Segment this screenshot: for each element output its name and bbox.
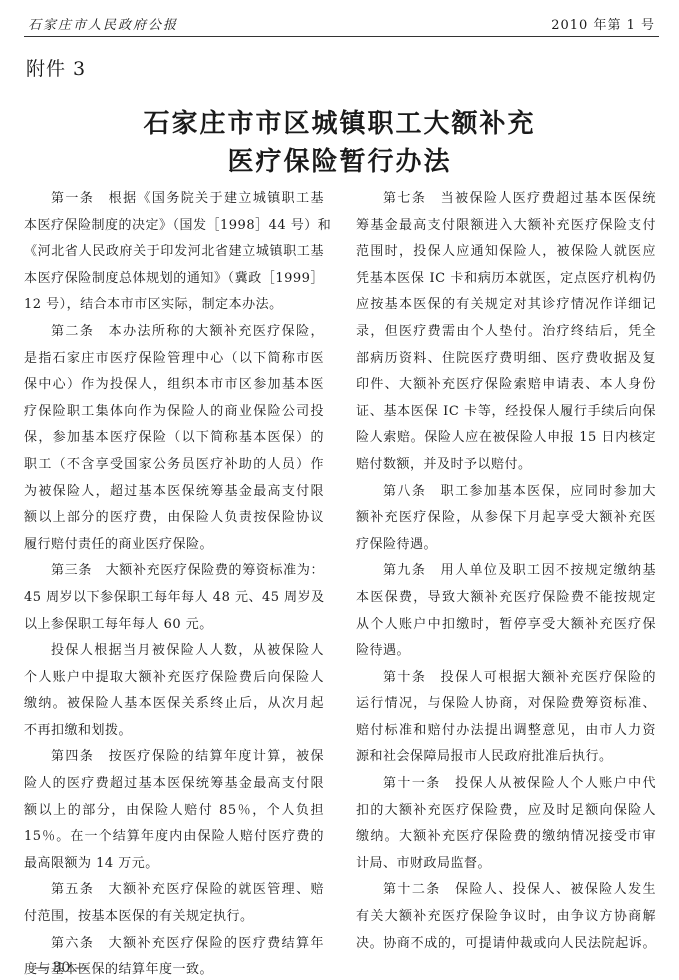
text-line: 不再扣缴和划拨。: [24, 718, 324, 745]
text-line: 应按基本医保的有关规定对其诊疗情况作详细记: [356, 292, 656, 319]
text-line: 疗保险待遇。: [356, 532, 656, 559]
text-line: 付范围，按基本医保的有关规定执行。: [24, 904, 324, 931]
text-line: 险待遇。: [356, 638, 656, 665]
text-line: 第九条 用人单位及职工因不按规定缴纳基: [356, 558, 656, 585]
text-line: 第五条 大额补充医疗保险的就医管理、赔: [24, 877, 324, 904]
text-line: 赔付数额，并及时予以赔付。: [356, 452, 656, 479]
publication-name: 石家庄市人民政府公报: [28, 14, 178, 33]
text-line: 以上参保职工每年每人 60 元。: [24, 612, 324, 639]
text-line: 45 周岁以下参保职工每年每人 48 元、45 周岁及: [24, 585, 324, 612]
text-line: 保中心）作为投保人，组织本市市区参加基本医: [24, 372, 324, 399]
text-line: 源和社会保障局报市人民政府批准后执行。: [356, 744, 656, 771]
text-line: 为被保险人，超过基本医保统筹基金最高支付限: [24, 479, 324, 506]
text-line: 第八条 职工参加基本医保，应同时参加大: [356, 479, 656, 506]
text-line: 第六条 大额补充医疗保险的医疗费结算年: [24, 931, 324, 958]
text-line: 本医疗保险制度的决定》（国发［1998］44 号）和: [24, 213, 324, 240]
text-line: 额以上部分的医疗费，由保险人负责按保险协议: [24, 505, 324, 532]
text-line: 额以上的部分，由保险人赔付 85％，个人负担: [24, 798, 324, 825]
document-title-line-2: 医疗保险暂行办法: [0, 141, 679, 178]
text-line: 范围时，投保人应通知保险人，被保险人就医应: [356, 239, 656, 266]
text-line: 12 号），结合本市市区实际，制定本办法。: [24, 292, 324, 319]
text-line: 最高限额为 14 万元。: [24, 851, 324, 878]
text-line: 第一条 根据《国务院关于建立城镇职工基: [24, 186, 324, 213]
text-line: 第三条 大额补充医疗保险费的筹资标准为：: [24, 558, 324, 585]
text-line: 第十条 投保人可根据大额补充医疗保险的: [356, 665, 656, 692]
text-line: 计局、市财政局监督。: [356, 851, 656, 878]
text-line: 投保人根据当月被保险人人数，从被保险人: [24, 638, 324, 665]
text-line: 运行情况，与保险人协商，对保险费筹资标准、: [356, 691, 656, 718]
text-line: 额补充医疗保险，从参保下月起享受大额补充医: [356, 505, 656, 532]
text-line: 从个人账户中扣缴时，暂停享受大额补充医疗保: [356, 612, 656, 639]
text-line: 保，参加基本医疗保险（以下简称基本医保）的: [24, 425, 324, 452]
page-header: 石家庄市人民政府公报 2010 年第 1 号: [24, 8, 659, 37]
text-line: 证、基本医保 IC 卡等，经投保人履行手续后向保: [356, 399, 656, 426]
text-line: 险人的医疗费超过基本医保统筹基金最高支付限: [24, 771, 324, 798]
text-line: 录，但医疗费需由个人垫付。治疗终结后，凭全: [356, 319, 656, 346]
text-line: 赔付标准和赔付办法提出调整意见，由市人力资: [356, 718, 656, 745]
text-line: 部病历资料、住院医疗费明细、医疗费收据及复: [356, 346, 656, 373]
text-line: 缴纳。大额补充医疗保险费的缴纳情况接受市审: [356, 824, 656, 851]
text-line: 险人索赔。保险人应在被保险人申报 15 日内核定: [356, 425, 656, 452]
text-line: 扣的大额补充医疗保险费，应及时足额向保险人: [356, 798, 656, 825]
text-line: 履行赔付责任的商业医疗保险。: [24, 532, 324, 559]
text-line: 职工（不含享受国家公务员医疗补助的人员）作: [24, 452, 324, 479]
text-line: 决。协商不成的，可提请仲裁或向人民法院起诉。: [356, 931, 656, 958]
text-line: 个人账户中提取大额补充医疗保险费后向保险人: [24, 665, 324, 692]
text-line: 《河北省人民政府关于印发河北省建立城镇职工基: [24, 239, 324, 266]
text-line: 疗保险职工集体向作为保险人的商业保险公司投: [24, 399, 324, 426]
text-line: 第七条 当被保险人医疗费超过基本医保统: [356, 186, 656, 213]
text-line: 有关大额补充医疗保险争议时，由争议方协商解: [356, 904, 656, 931]
text-line: 第十一条 投保人从被保险人个人账户中代: [356, 771, 656, 798]
page-number: — 30 —: [34, 960, 89, 976]
attachment-label: 附件 3: [26, 54, 86, 81]
text-line: 筹基金最高支付限额进入大额补充医疗保险支付: [356, 213, 656, 240]
text-line: 第四条 按医疗保险的结算年度计算，被保: [24, 744, 324, 771]
text-line: 第二条 本办法所称的大额补充医疗保险，: [24, 319, 324, 346]
text-line: 缴纳。被保险人基本医保关系终止后，从次月起: [24, 691, 324, 718]
right-text-column: 第七条 当被保险人医疗费超过基本医保统筹基金最高支付限额进入大额补充医疗保险支付…: [356, 186, 656, 957]
text-line: 是指石家庄市医疗保险管理中心（以下简称市医: [24, 346, 324, 373]
issue-number: 2010 年第 1 号: [551, 14, 655, 33]
left-text-column: 第一条 根据《国务院关于建立城镇职工基本医疗保险制度的决定》（国发［1998］4…: [24, 186, 324, 980]
text-line: 第十二条 保险人、投保人、被保险人发生: [356, 877, 656, 904]
document-title-line-1: 石家庄市市区城镇职工大额补充: [0, 103, 679, 140]
text-line: 印件、大额补充医疗保险索赔申请表、本人身份: [356, 372, 656, 399]
text-line: 本医疗保险制度总体规划的通知》（冀政［1999］: [24, 266, 324, 293]
text-line: 本医保费，导致大额补充医疗保险费不能按规定: [356, 585, 656, 612]
text-line: 15％。在一个结算年度内由保险人赔付医疗费的: [24, 824, 324, 851]
text-line: 凭基本医保 IC 卡和病历本就医，定点医疗机构仍: [356, 266, 656, 293]
